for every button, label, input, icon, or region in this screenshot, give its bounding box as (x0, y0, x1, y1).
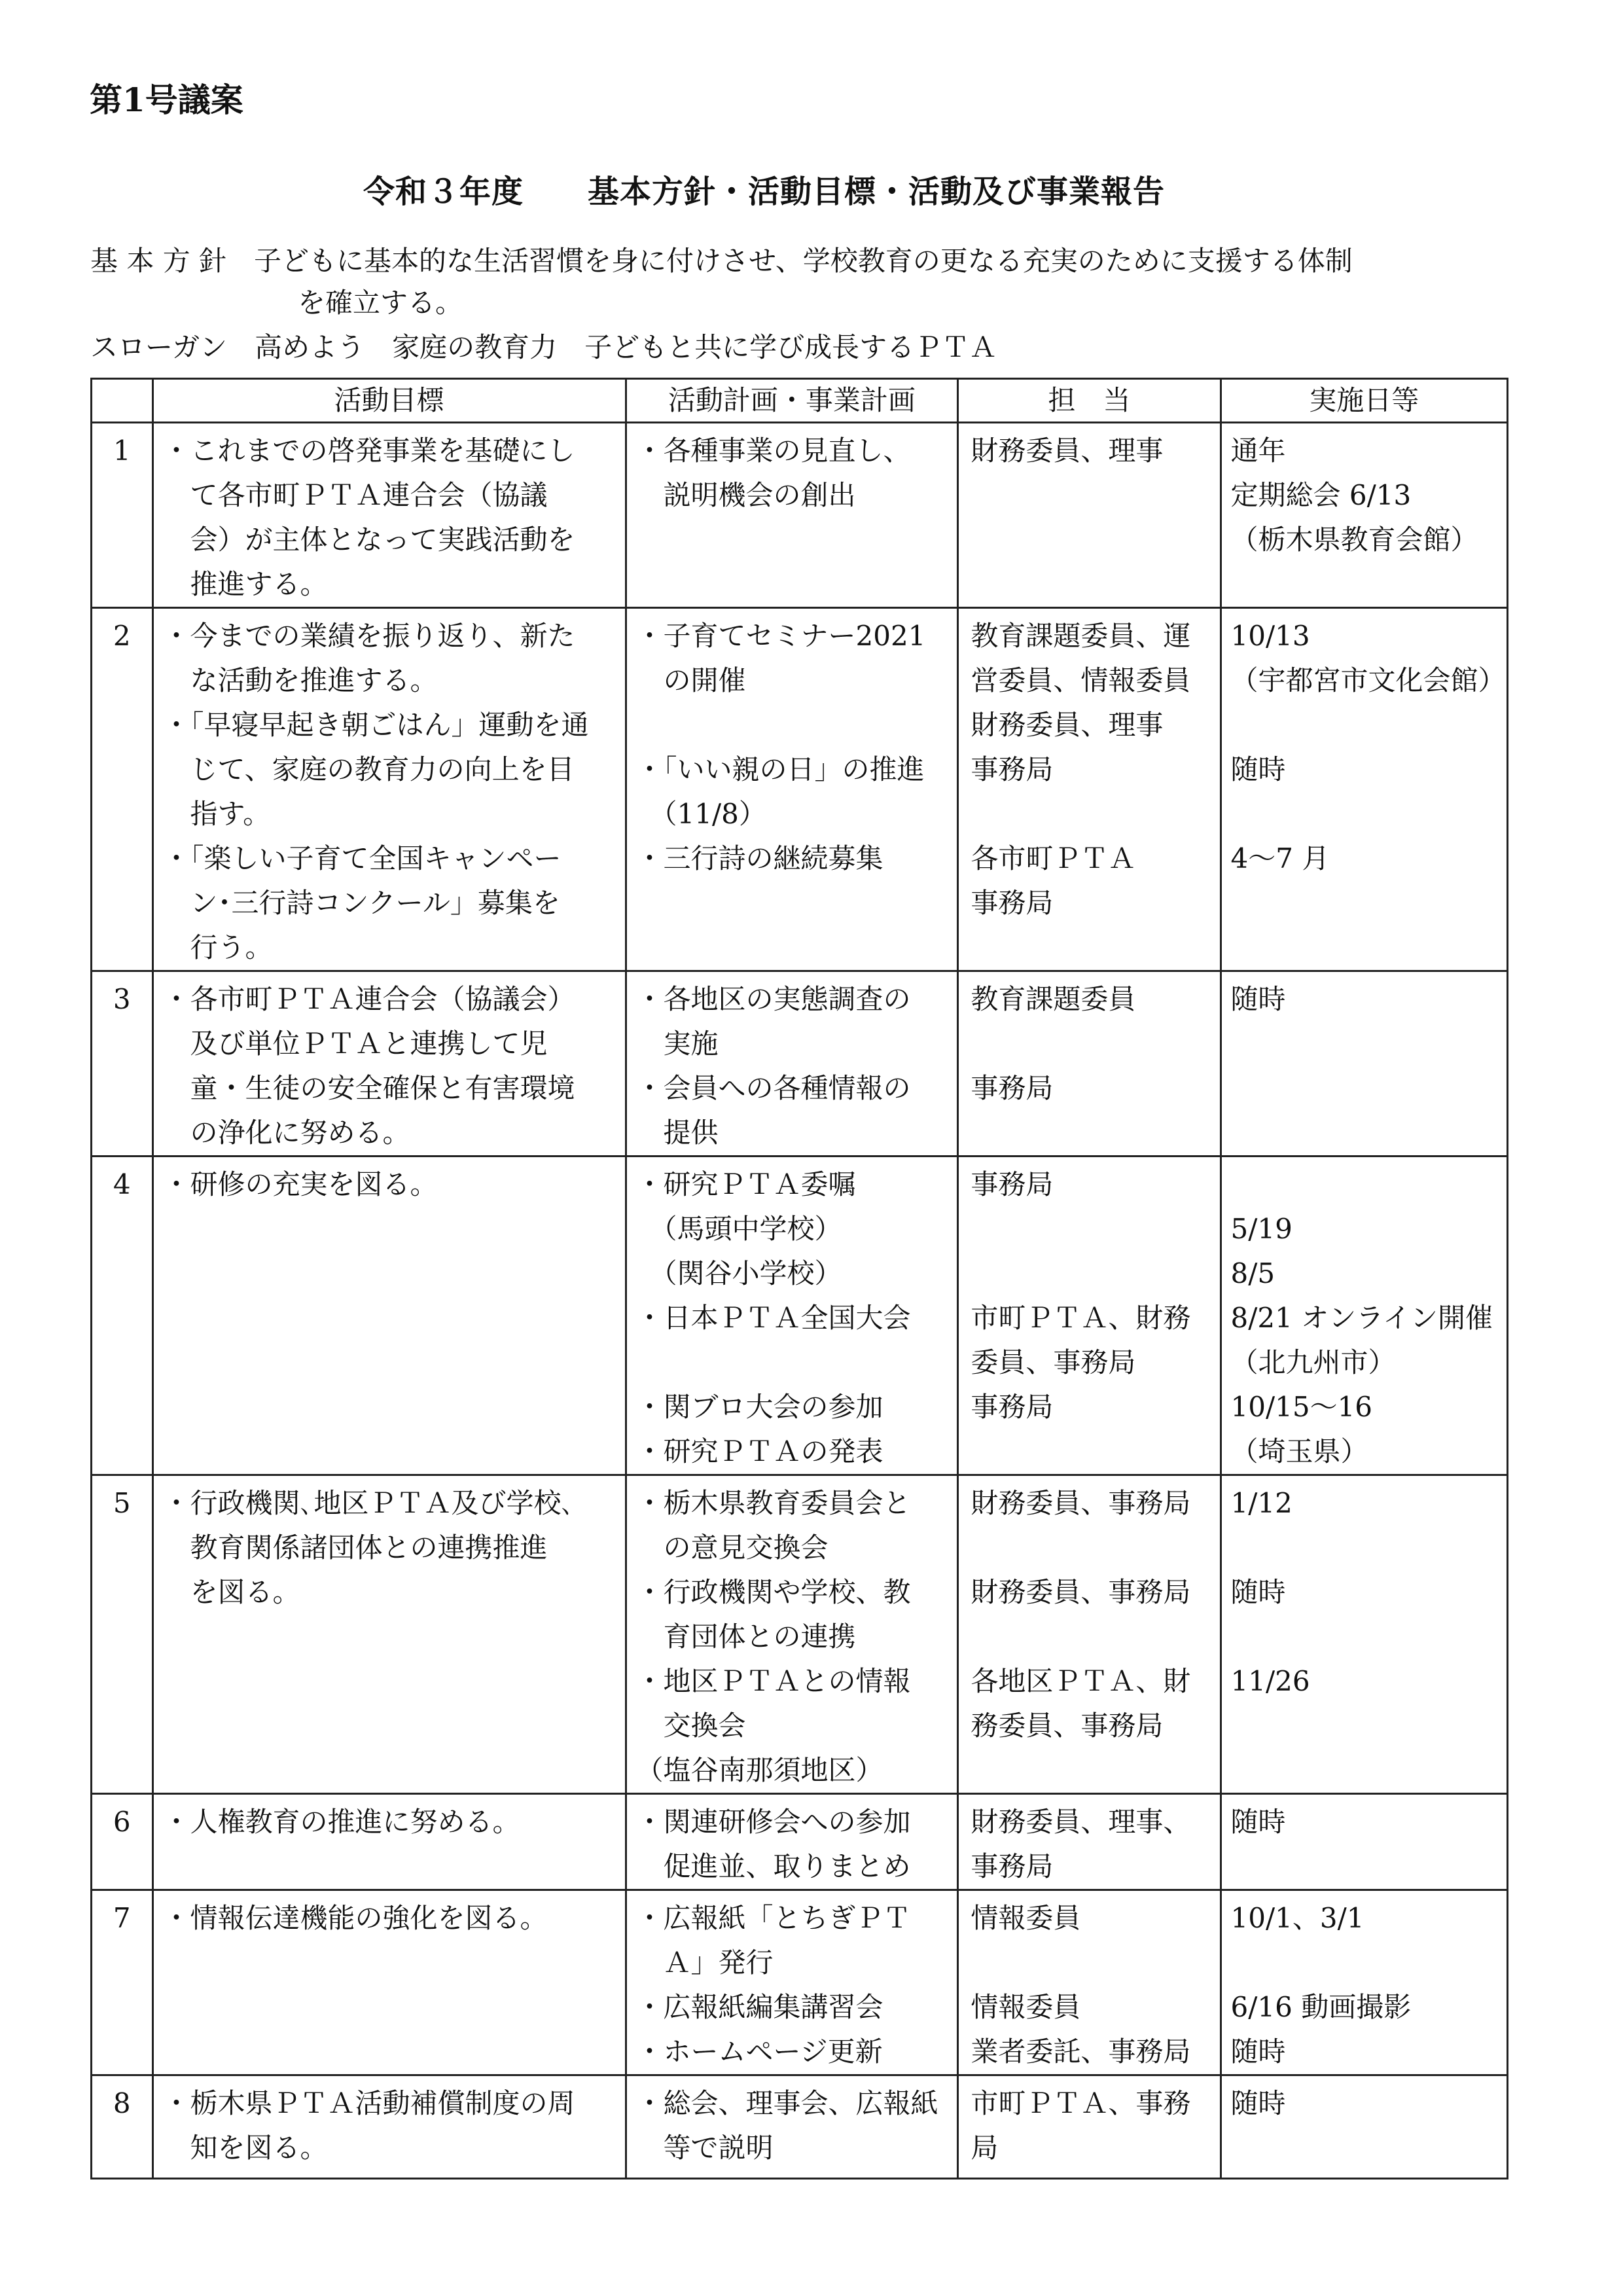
activity-plan-line: ・研究ＰＴＡ委嘱 (627, 1162, 957, 1207)
implementation-date-line (1222, 703, 1507, 747)
row-number-cell: 7 (92, 1890, 153, 2075)
activity-plan-line: の意見交換会 (627, 1526, 957, 1570)
activity-goal-line: ・「早寝早起き朝ごはん」運動を通 (154, 703, 625, 747)
owner-line (959, 1251, 1219, 1296)
owner-line (959, 1615, 1219, 1659)
activity-plan-cell: ・子育てセミナー2021 の開催・「いい親の日」の推進 （11/8）・三行詩の継… (626, 608, 958, 971)
owner-cell: 教育課題委員、運営委員、情報委員財務委員、理事事務局各市町ＰＴＡ事務局 (958, 608, 1221, 971)
implementation-date-line: 随時 (1222, 1570, 1507, 1615)
activity-plan-line: ・会員への各種情報の (627, 1066, 957, 1111)
owner-line (959, 1207, 1219, 1251)
table-row: 4・研修の充実を図る。・研究ＰＴＡ委嘱 （馬頭中学校） （関谷小学校）・日本ＰＴ… (92, 1157, 1508, 1475)
implementation-date-line: 8/5 (1222, 1251, 1507, 1296)
activity-goal-line: ン･三行詩コンクール」募集を (154, 881, 625, 925)
activity-goal-line: じて、家庭の教育力の向上を目 (154, 747, 625, 792)
owner-cell: 情報委員情報委員業者委託、事務局 (958, 1890, 1221, 2075)
activity-plan-line: 実施 (627, 1022, 957, 1066)
row-number-cell: 4 (92, 1157, 153, 1475)
implementation-date-line (1222, 1704, 1507, 1748)
implementation-date-line: 随時 (1222, 1800, 1507, 1844)
activity-plan-line: 促進並、取りまとめ (627, 1844, 957, 1889)
table-row: 8・栃木県ＰＴＡ活動補償制度の周 知を図る。・総会、理事会、広報紙 等で説明市町… (92, 2075, 1508, 2179)
activity-plan-line: （11/8） (627, 792, 957, 836)
row-number: 4 (92, 1162, 152, 1207)
implementation-date-line (1222, 1748, 1507, 1793)
activity-plan-line: ・関ブロ大会の参加 (627, 1385, 957, 1429)
activity-goal-line: 童・生徒の安全確保と有害環境 (154, 1066, 625, 1111)
implementation-date-line (1222, 1022, 1507, 1066)
activity-plan-cell: ・研究ＰＴＡ委嘱 （馬頭中学校） （関谷小学校）・日本ＰＴＡ全国大会・関ブロ大会… (626, 1157, 958, 1475)
row-number-cell: 8 (92, 2075, 153, 2179)
owner-line (959, 1429, 1219, 1474)
owner-line: 財務委員、事務局 (959, 1481, 1219, 1526)
header-activity-goal: 活動目標 (152, 379, 626, 423)
implementation-date-line (1222, 1066, 1507, 1111)
activity-plan-line: ・各地区の実態調査の (627, 977, 957, 1022)
activity-plan-line: ・総会、理事会、広報紙 (627, 2081, 957, 2126)
activity-goal-line: 及び単位ＰＴＡと連携して児 (154, 1022, 625, 1066)
owner-line (959, 1022, 1219, 1066)
activity-goal-cell: ・各市町ＰＴＡ連合会（協議会） 及び単位ＰＴＡと連携して児 童・生徒の安全確保と… (152, 971, 626, 1157)
owner-line: 財務委員、事務局 (959, 1570, 1219, 1615)
owner-line: 市町ＰＴＡ、事務 (959, 2081, 1219, 2126)
basic-policy-line: 基 本 方 針 子どもに基本的な生活習慣を身に付けさせ、学校教育の更なる充実のた… (90, 241, 1353, 281)
implementation-date-line: 随時 (1222, 747, 1507, 792)
row-number-cell: 1 (92, 423, 153, 608)
row-number-cell: 2 (92, 608, 153, 971)
activity-goal-line: を図る。 (154, 1570, 625, 1615)
activity-goal-line: て各市町ＰＴＡ連合会（協議 (154, 473, 625, 518)
header-date: 実施日等 (1221, 379, 1507, 423)
implementation-date-line: 10/13 (1222, 614, 1507, 658)
activity-plan-line: ・広報紙「とちぎＰＴ (627, 1896, 957, 1941)
table-row: 5・行政機関､地区ＰＴＡ及び学校､ 教育関係諸団体との連携推進 を図る。・栃木県… (92, 1475, 1508, 1794)
owner-cell: 事務局市町ＰＴＡ、財務委員、事務局事務局 (958, 1157, 1221, 1475)
activity-plan-line (627, 1340, 957, 1385)
activity-goal-line: の浄化に努める。 (154, 1111, 625, 1155)
activity-plan-cell: ・栃木県教育委員会と の意見交換会・行政機関や学校、教 育団体との連携・地区ＰＴ… (626, 1475, 958, 1794)
implementation-date-line: 8/21 オンライン開催 (1222, 1296, 1507, 1340)
owner-line (959, 1111, 1219, 1155)
implementation-date-line (1222, 881, 1507, 925)
implementation-date-line: 通年 (1222, 429, 1507, 473)
header-number (92, 379, 153, 423)
table-row: 7・情報伝達機能の強化を図る。・広報紙「とちぎＰＴ Ａ」発行・広報紙編集講習会・… (92, 1890, 1508, 2075)
implementation-date-cell: 1/12随時11/26 (1221, 1475, 1507, 1794)
activity-goal-line: な活動を推進する。 (154, 658, 625, 703)
owner-line: 事務局 (959, 1066, 1219, 1111)
owner-cell: 市町ＰＴＡ、事務局 (958, 2075, 1221, 2179)
owner-line (959, 1941, 1219, 1985)
row-number: 3 (92, 977, 152, 1022)
activity-plan-cell: ・総会、理事会、広報紙 等で説明 (626, 2075, 958, 2179)
implementation-date-line (1222, 1526, 1507, 1570)
activity-plan-line: 説明機会の創出 (627, 473, 957, 518)
activity-goal-line: ・行政機関､地区ＰＴＡ及び学校､ (154, 1481, 625, 1526)
activity-goal-cell: ・情報伝達機能の強化を図る。 (152, 1890, 626, 2075)
implementation-date-cell: 5/198/58/21 オンライン開催（北九州市）10/15～16（埼玉県） (1221, 1157, 1507, 1475)
slogan-line: スローガン 高めよう 家庭の教育力 子どもと共に学び成長するＰＴＡ (90, 327, 997, 368)
activity-plan-line: Ａ」発行 (627, 1941, 957, 1985)
implementation-date-line: （宇都宮市文化会館） (1222, 658, 1507, 703)
row-number: 1 (92, 429, 152, 473)
activity-plan-line: 育団体との連携 (627, 1615, 957, 1659)
owner-line: 情報委員 (959, 1896, 1219, 1941)
row-number: 6 (92, 1800, 152, 1844)
implementation-date-line: 随時 (1222, 977, 1507, 1022)
activity-plan-line: ・地区ＰＴＡとの情報 (627, 1659, 957, 1704)
implementation-date-line: 10/15～16 (1222, 1385, 1507, 1429)
implementation-date-line: 4～7 月 (1222, 836, 1507, 881)
implementation-date-cell: 10/1、3/16/16 動画撮影随時 (1221, 1890, 1507, 2075)
activity-plan-line: （関谷小学校） (627, 1251, 957, 1296)
activity-goal-cell: ・これまでの啓発事業を基礎にし て各市町ＰＴＡ連合会（協議 会）が主体となって実… (152, 423, 626, 608)
activity-goal-cell: ・研修の充実を図る。 (152, 1157, 626, 1475)
implementation-date-line: （栃木県教育会館） (1222, 518, 1507, 562)
table-row: 1・これまでの啓発事業を基礎にし て各市町ＰＴＡ連合会（協議 会）が主体となって… (92, 423, 1508, 608)
activity-plan-cell: ・各地区の実態調査の 実施・会員への各種情報の 提供 (626, 971, 958, 1157)
owner-line: 事務局 (959, 1844, 1219, 1889)
implementation-date-line: 1/12 (1222, 1481, 1507, 1526)
activity-goal-cell: ・今までの業績を振り返り、新た な活動を推進する。・「早寝早起き朝ごはん」運動を… (152, 608, 626, 971)
implementation-date-line: （北九州市） (1222, 1340, 1507, 1385)
activity-plan-line: ・関連研修会への参加 (627, 1800, 957, 1844)
implementation-date-line: 10/1、3/1 (1222, 1896, 1507, 1941)
activity-plan-line: ・広報紙編集講習会 (627, 1985, 957, 2030)
implementation-date-line (1222, 1162, 1507, 1207)
table-row: 2・今までの業績を振り返り、新た な活動を推進する。・「早寝早起き朝ごはん」運動… (92, 608, 1508, 971)
owner-line: 事務局 (959, 1162, 1219, 1207)
activity-plan-cell: ・各種事業の見直し、 説明機会の創出 (626, 423, 958, 608)
implementation-date-line: （埼玉県） (1222, 1429, 1507, 1474)
owner-line: 教育課題委員 (959, 977, 1219, 1022)
basic-policy-continuation: を確立する。 (298, 283, 463, 323)
activity-plan-line: （馬頭中学校） (627, 1207, 957, 1251)
activity-plan-line: ・ホームページ更新 (627, 2030, 957, 2074)
header-owner: 担 当 (958, 379, 1221, 423)
activity-goal-line: ・情報伝達機能の強化を図る。 (154, 1896, 625, 1941)
activity-goal-line: 教育関係諸団体との連携推進 (154, 1526, 625, 1570)
activity-goal-line: 指す。 (154, 792, 625, 836)
activity-plan-line: 提供 (627, 1111, 957, 1155)
activity-plan-line: ・研究ＰＴＡの発表 (627, 1429, 957, 1474)
activity-plan-line: ・栃木県教育委員会と (627, 1481, 957, 1526)
owner-line: 事務局 (959, 881, 1219, 925)
activity-goal-line: ・これまでの啓発事業を基礎にし (154, 429, 625, 473)
activity-goal-line: 会）が主体となって実践活動を (154, 518, 625, 562)
activity-plan-line: 等で説明 (627, 2126, 957, 2170)
row-number: 2 (92, 614, 152, 658)
activity-plan-line: （塩谷南那須地区） (627, 1748, 957, 1793)
owner-cell: 財務委員、理事 (958, 423, 1221, 608)
activity-goal-line: 知を図る。 (154, 2126, 625, 2170)
activity-plan-cell: ・関連研修会への参加 促進並、取りまとめ (626, 1794, 958, 1890)
owner-line: 務委員、事務局 (959, 1704, 1219, 1748)
owner-line (959, 792, 1219, 836)
owner-line: 各地区ＰＴＡ、財 (959, 1659, 1219, 1704)
owner-line: 財務委員、理事 (959, 429, 1219, 473)
activity-goal-line: ・各市町ＰＴＡ連合会（協議会） (154, 977, 625, 1022)
activity-plan-line: ・各種事業の見直し、 (627, 429, 957, 473)
row-number-cell: 5 (92, 1475, 153, 1794)
owner-line: 財務委員、理事、 (959, 1800, 1219, 1844)
implementation-date-cell: 随時 (1221, 1794, 1507, 1890)
implementation-date-line (1222, 1111, 1507, 1155)
owner-line (959, 1748, 1219, 1793)
owner-line: 委員、事務局 (959, 1340, 1219, 1385)
owner-line: 財務委員、理事 (959, 703, 1219, 747)
row-number-cell: 3 (92, 971, 153, 1157)
activity-report-table: 活動目標 活動計画・事業計画 担 当 実施日等 1・これまでの啓発事業を基礎にし… (90, 378, 1508, 2179)
implementation-date-line: 5/19 (1222, 1207, 1507, 1251)
table-body: 1・これまでの啓発事業を基礎にし て各市町ＰＴＡ連合会（協議 会）が主体となって… (92, 423, 1508, 2179)
implementation-date-line: 随時 (1222, 2081, 1507, 2126)
owner-cell: 財務委員、理事、事務局 (958, 1794, 1221, 1890)
owner-line: 市町ＰＴＡ、財務 (959, 1296, 1219, 1340)
row-number-cell: 6 (92, 1794, 153, 1890)
activity-goal-line: ・「楽しい子育て全国キャンペー (154, 836, 625, 881)
row-number: 8 (92, 2081, 152, 2126)
implementation-date-line (1222, 925, 1507, 970)
owner-line (959, 925, 1219, 970)
implementation-date-line (1222, 1615, 1507, 1659)
owner-line: 情報委員 (959, 1985, 1219, 2030)
activity-plan-line (627, 881, 957, 925)
activity-goal-line: ・今までの業績を振り返り、新た (154, 614, 625, 658)
activity-goal-cell: ・行政機関､地区ＰＴＡ及び学校､ 教育関係諸団体との連携推進 を図る。 (152, 1475, 626, 1794)
activity-plan-line: ・「いい親の日」の推進 (627, 747, 957, 792)
implementation-date-cell: 随時 (1221, 971, 1507, 1157)
owner-line: 各市町ＰＴＡ (959, 836, 1219, 881)
activity-plan-line: 交換会 (627, 1704, 957, 1748)
owner-line: 営委員、情報委員 (959, 658, 1219, 703)
owner-cell: 教育課題委員事務局 (958, 971, 1221, 1157)
activity-plan-cell: ・広報紙「とちぎＰＴ Ａ」発行・広報紙編集講習会・ホームページ更新 (626, 1890, 958, 2075)
implementation-date-line: 定期総会 6/13 (1222, 473, 1507, 518)
owner-line (959, 1526, 1219, 1570)
document-number: 第1号議案 (90, 77, 243, 123)
owner-line: 業者委託、事務局 (959, 2030, 1219, 2074)
activity-goal-cell: ・人権教育の推進に努める。 (152, 1794, 626, 1890)
activity-plan-line: ・行政機関や学校、教 (627, 1570, 957, 1615)
row-number: 7 (92, 1896, 152, 1941)
owner-line: 事務局 (959, 1385, 1219, 1429)
owner-cell: 財務委員、事務局財務委員、事務局各地区ＰＴＡ、財務委員、事務局 (958, 1475, 1221, 1794)
table-header-row: 活動目標 活動計画・事業計画 担 当 実施日等 (92, 379, 1508, 423)
activity-goal-cell: ・栃木県ＰＴＡ活動補償制度の周 知を図る。 (152, 2075, 626, 2179)
activity-goal-line: 推進する。 (154, 562, 625, 607)
implementation-date-line (1222, 1941, 1507, 1985)
table-row: 3・各市町ＰＴＡ連合会（協議会） 及び単位ＰＴＡと連携して児 童・生徒の安全確保… (92, 971, 1508, 1157)
activity-plan-line (627, 703, 957, 747)
header-activity-plan: 活動計画・事業計画 (626, 379, 958, 423)
implementation-date-line: 6/16 動画撮影 (1222, 1985, 1507, 2030)
activity-plan-line: の開催 (627, 658, 957, 703)
document-heading: 令和３年度 基本方針・活動目標・活動及び事業報告 (363, 169, 1165, 215)
implementation-date-line: 随時 (1222, 2030, 1507, 2074)
implementation-date-cell: 随時 (1221, 2075, 1507, 2179)
activity-plan-line (627, 925, 957, 970)
owner-line: 教育課題委員、運 (959, 614, 1219, 658)
owner-line: 局 (959, 2126, 1219, 2170)
activity-goal-line: ・栃木県ＰＴＡ活動補償制度の周 (154, 2081, 625, 2126)
activity-goal-line: ・研修の充実を図る。 (154, 1162, 625, 1207)
implementation-date-cell: 通年定期総会 6/13（栃木県教育会館） (1221, 423, 1507, 608)
activity-plan-line: ・日本ＰＴＡ全国大会 (627, 1296, 957, 1340)
implementation-date-cell: 10/13（宇都宮市文化会館）随時4～7 月 (1221, 608, 1507, 971)
activity-goal-line: ・人権教育の推進に努める。 (154, 1800, 625, 1844)
implementation-date-line: 11/26 (1222, 1659, 1507, 1704)
activity-plan-line: ・三行詩の継続募集 (627, 836, 957, 881)
owner-line: 事務局 (959, 747, 1219, 792)
activity-plan-line: ・子育てセミナー2021 (627, 614, 957, 658)
implementation-date-line (1222, 792, 1507, 836)
row-number: 5 (92, 1481, 152, 1526)
activity-goal-line: 行う。 (154, 925, 625, 970)
table-row: 6・人権教育の推進に努める。・関連研修会への参加 促進並、取りまとめ財務委員、理… (92, 1794, 1508, 1890)
